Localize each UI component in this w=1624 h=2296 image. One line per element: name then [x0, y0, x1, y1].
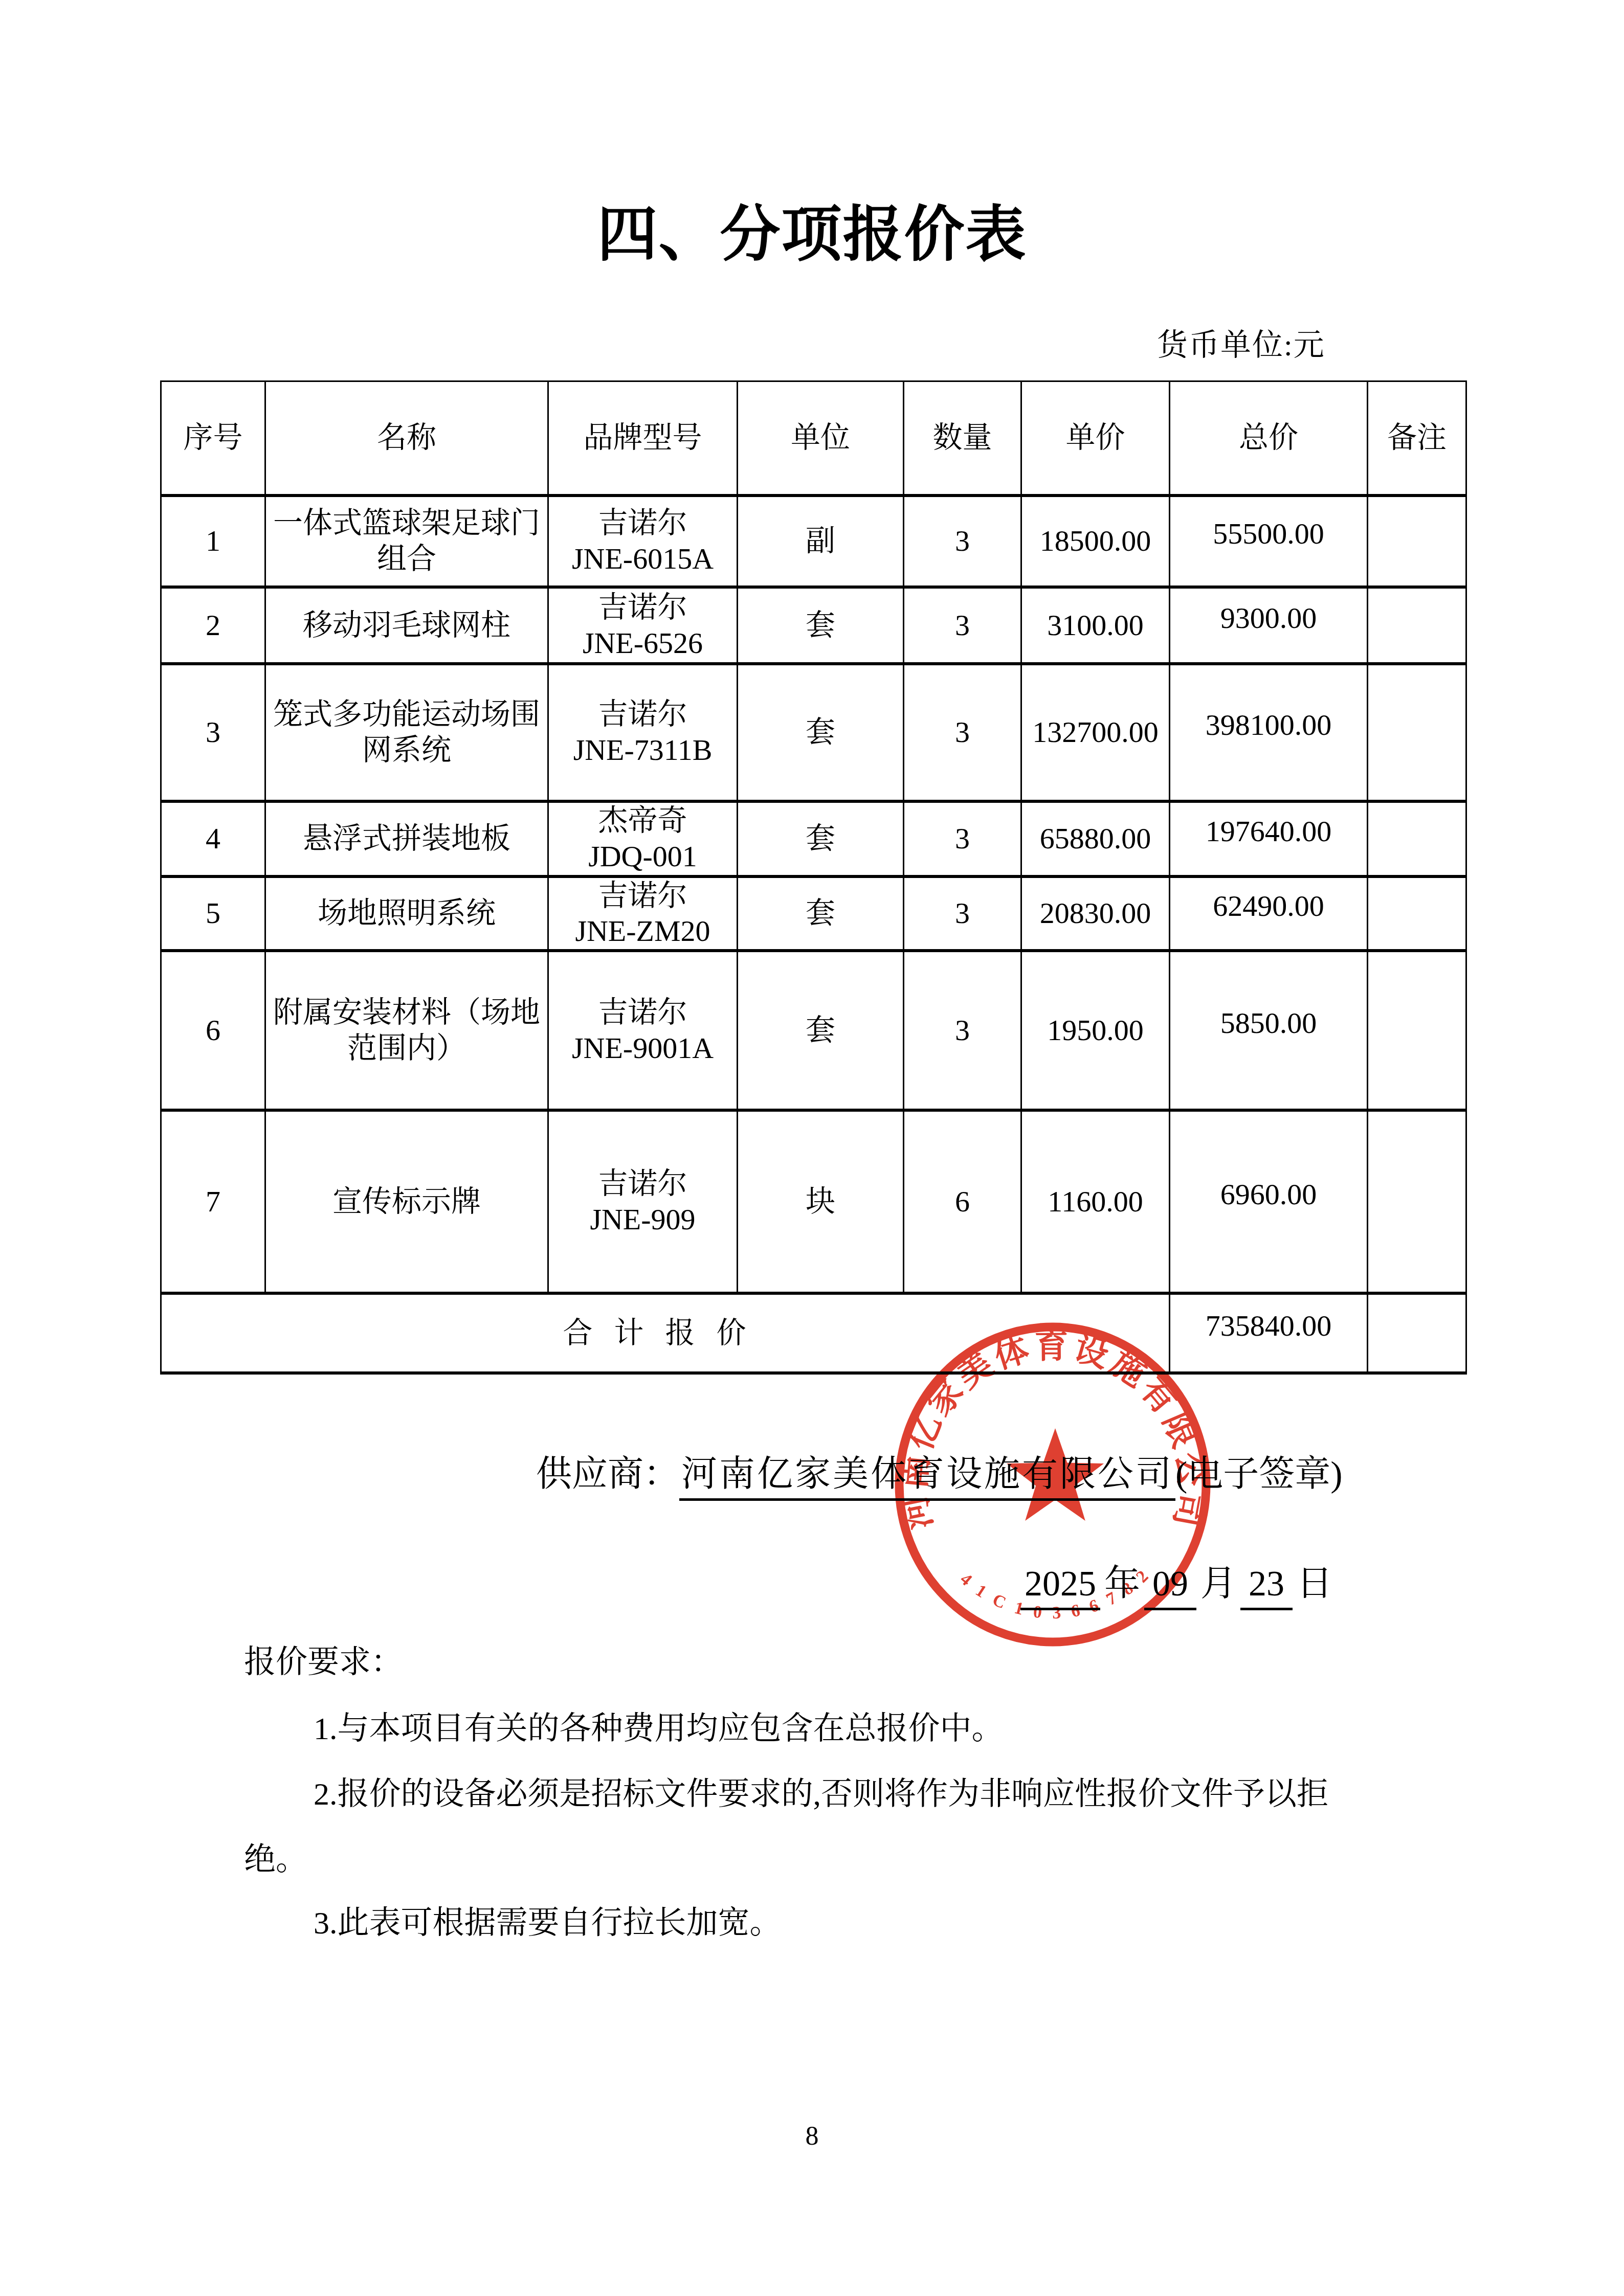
supplier-label: 供应商： — [536, 1455, 679, 1494]
cell-unit-price: 65880.00 — [1021, 801, 1170, 876]
header-brand-model: 品牌型号 — [548, 381, 738, 496]
cell-unit: 套 — [738, 876, 904, 951]
cell-name: 宣传标示牌 — [265, 1110, 548, 1293]
cell-no: 4 — [161, 801, 265, 876]
cell-unit: 套 — [738, 587, 904, 664]
cell-name: 悬浮式拼装地板 — [265, 801, 548, 876]
date-year-unit: 年 — [1100, 1564, 1144, 1604]
cell-brand-model: 吉诺尔 JNE-6015A — [548, 496, 738, 587]
cell-brand-model: 吉诺尔 JNE-ZM20 — [548, 876, 738, 951]
header-no: 序号 — [161, 381, 265, 496]
date-year: 2025 — [1020, 1564, 1100, 1610]
cell-brand-model: 吉诺尔 JNE-6526 — [548, 587, 738, 664]
cell-quantity: 3 — [904, 876, 1021, 951]
cell-unit: 套 — [738, 801, 904, 876]
total-remark — [1368, 1293, 1466, 1373]
cell-brand-model: 吉诺尔 JNE-909 — [548, 1110, 738, 1293]
cell-quantity: 3 — [904, 801, 1021, 876]
cell-remark — [1368, 496, 1466, 587]
document-page: 四、分项报价表 货币单位:元 序号 名称 品牌型号 单位 数量 单价 总价 备注… — [0, 0, 1624, 2296]
cell-name: 附属安装材料（场地范围内） — [265, 951, 548, 1110]
table-row: 5 场地照明系统 吉诺尔 JNE-ZM20 套 3 20830.00 62490… — [161, 876, 1466, 951]
quote-requirement-item-2: 2.报价的设备必须是招标文件要求的,否则将作为非响应性报价文件予以拒 — [314, 1768, 1328, 1814]
date-day-unit: 日 — [1293, 1564, 1337, 1604]
cell-brand-model: 吉诺尔 JNE-7311B — [548, 664, 738, 801]
cell-unit-price: 1160.00 — [1021, 1110, 1170, 1293]
cell-unit-price: 132700.00 — [1021, 664, 1170, 801]
cell-unit-price: 20830.00 — [1021, 876, 1170, 951]
cell-brand-model: 吉诺尔 JNE-9001A — [548, 951, 738, 1110]
cell-quantity: 3 — [904, 951, 1021, 1110]
page-number: 8 — [0, 2121, 1624, 2151]
header-unit-price: 单价 — [1021, 381, 1170, 496]
cell-no: 7 — [161, 1110, 265, 1293]
cell-total-price: 9300.00 — [1170, 587, 1368, 664]
cell-unit-price: 1950.00 — [1021, 951, 1170, 1110]
quotation-table: 序号 名称 品牌型号 单位 数量 单价 总价 备注 1 一体式篮球架足球门组合 … — [160, 380, 1467, 1375]
table-row: 7 宣传标示牌 吉诺尔 JNE-909 块 6 1160.00 6960.00 — [161, 1110, 1466, 1293]
cell-total-price: 5850.00 — [1170, 951, 1368, 1110]
table-row: 4 悬浮式拼装地板 杰帝奇 JDQ-001 套 3 65880.00 19764… — [161, 801, 1466, 876]
cell-unit-price: 18500.00 — [1021, 496, 1170, 587]
table-row: 3 笼式多功能运动场围网系统 吉诺尔 JNE-7311B 套 3 132700.… — [161, 664, 1466, 801]
cell-total-price: 62490.00 — [1170, 876, 1368, 951]
cell-name: 一体式篮球架足球门组合 — [265, 496, 548, 587]
signature-date-line: 2025年09月23日 — [1020, 1555, 1337, 1606]
header-unit: 单位 — [738, 381, 904, 496]
cell-quantity: 3 — [904, 664, 1021, 801]
cell-unit: 副 — [738, 496, 904, 587]
cell-quantity: 3 — [904, 587, 1021, 664]
quote-requirement-item-1: 1.与本项目有关的各种费用均应包含在总报价中。 — [314, 1703, 1004, 1748]
cell-unit-price: 3100.00 — [1021, 587, 1170, 664]
date-month-unit: 月 — [1196, 1564, 1240, 1604]
table-total-row: 合计报价 735840.00 — [161, 1293, 1466, 1373]
cell-total-price: 398100.00 — [1170, 664, 1368, 801]
header-name: 名称 — [265, 381, 548, 496]
cell-quantity: 6 — [904, 1110, 1021, 1293]
date-day: 23 — [1240, 1564, 1293, 1610]
cell-no: 5 — [161, 876, 265, 951]
table-row: 1 一体式篮球架足球门组合 吉诺尔 JNE-6015A 副 3 18500.00… — [161, 496, 1466, 587]
currency-unit-note: 货币单位:元 — [1157, 321, 1325, 365]
cell-total-price: 197640.00 — [1170, 801, 1368, 876]
cell-remark — [1368, 664, 1466, 801]
supplier-line: 供应商：河南亿家美体育设施有限公司(电子签章) — [536, 1445, 1343, 1497]
table-row: 2 移动羽毛球网柱 吉诺尔 JNE-6526 套 3 3100.00 9300.… — [161, 587, 1466, 664]
date-month: 09 — [1144, 1564, 1196, 1610]
cell-name: 笼式多功能运动场围网系统 — [265, 664, 548, 801]
quote-requirements-heading: 报价要求： — [244, 1636, 403, 1682]
cell-total-price: 55500.00 — [1170, 496, 1368, 587]
header-total-price: 总价 — [1170, 381, 1368, 496]
cell-brand-model: 杰帝奇 JDQ-001 — [548, 801, 738, 876]
cell-remark — [1368, 876, 1466, 951]
cell-remark — [1368, 801, 1466, 876]
cell-unit: 套 — [738, 664, 904, 801]
total-label: 合计报价 — [161, 1293, 1170, 1373]
cell-no: 6 — [161, 951, 265, 1110]
quote-requirement-item-2-continuation: 绝。 — [244, 1834, 307, 1879]
table-row: 6 附属安装材料（场地范围内） 吉诺尔 JNE-9001A 套 3 1950.0… — [161, 951, 1466, 1110]
cell-name: 场地照明系统 — [265, 876, 548, 951]
supplier-company-name: 河南亿家美体育设施有限公司 — [679, 1455, 1175, 1501]
cell-name: 移动羽毛球网柱 — [265, 587, 548, 664]
cell-remark — [1368, 587, 1466, 664]
cell-no: 2 — [161, 587, 265, 664]
header-remark: 备注 — [1368, 381, 1466, 496]
cell-no: 1 — [161, 496, 265, 587]
cell-unit: 块 — [738, 1110, 904, 1293]
cell-no: 3 — [161, 664, 265, 801]
cell-remark — [1368, 951, 1466, 1110]
cell-quantity: 3 — [904, 496, 1021, 587]
cell-remark — [1368, 1110, 1466, 1293]
quote-requirement-item-3: 3.此表可根据需要自行拉长加宽。 — [314, 1897, 782, 1943]
cell-total-price: 6960.00 — [1170, 1110, 1368, 1293]
supplier-esign-suffix: (电子签章) — [1175, 1455, 1343, 1494]
table-header-row: 序号 名称 品牌型号 单位 数量 单价 总价 备注 — [161, 381, 1466, 496]
header-quantity: 数量 — [904, 381, 1021, 496]
page-title: 四、分项报价表 — [0, 200, 1624, 270]
total-value: 735840.00 — [1170, 1293, 1368, 1373]
cell-unit: 套 — [738, 951, 904, 1110]
